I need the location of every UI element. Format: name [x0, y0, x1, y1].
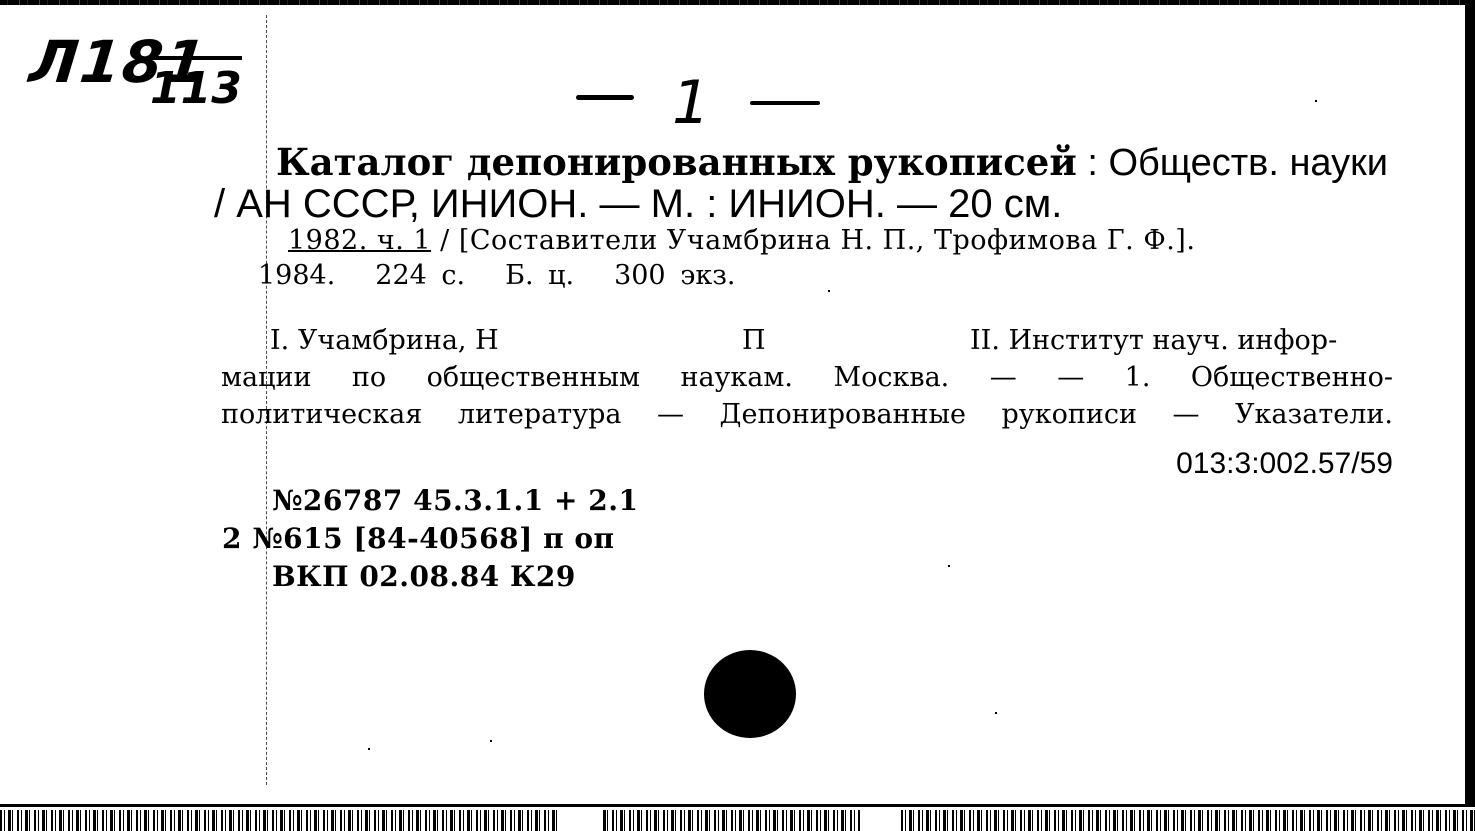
- card-number-dash-left: [576, 95, 634, 100]
- tech-line-1: №26787 45.3.1.1 + 2.1: [272, 482, 638, 520]
- compilers: / [Составители Учамбрина Н. П., Трофимов…: [431, 225, 1195, 256]
- note-line-3: политическая литература — Депонированные…: [221, 396, 1393, 433]
- bottom-edge-pattern: [0, 810, 1475, 831]
- note-author-initial: П: [742, 322, 766, 359]
- card-number-dash-right: [750, 101, 820, 105]
- pages: 224 с.: [375, 260, 465, 291]
- tech-line-3: ВКП 02.08.84 К29: [272, 558, 576, 596]
- bottom-border-line: [0, 804, 1475, 807]
- strip-gap: [860, 810, 900, 831]
- note-line-2: мации по общественным наукам. Москва. — …: [221, 359, 1393, 396]
- tech-line-2: 2 №615 [84-40568] п оп: [222, 520, 615, 558]
- speck: [368, 748, 370, 750]
- price: Б. ц.: [505, 260, 574, 291]
- title-line: Каталог депонированных рукописей : Общес…: [276, 140, 1388, 185]
- speck: [948, 565, 950, 567]
- speck: [995, 712, 997, 714]
- note-author-1: I. Учамбрина, Н: [270, 322, 499, 359]
- speck: [490, 740, 492, 742]
- card-right-border: [1465, 0, 1475, 806]
- card-top-border: [0, 0, 1475, 5]
- note-institute: II. Институт науч. инфор-: [970, 322, 1337, 359]
- card-bottom-strip: [0, 804, 1475, 831]
- pub-year: 1984.: [258, 260, 335, 291]
- classification-code: 013:3:002.57/59: [1176, 447, 1393, 481]
- card-number: 1: [672, 68, 710, 138]
- speck: [1315, 100, 1317, 102]
- catalog-card: Л181 113 1 Каталог депонированных рукопи…: [0, 0, 1475, 831]
- title-bold: Каталог депонированных рукописей: [276, 140, 1077, 184]
- publication-line: 1984.224 с.Б. ц.300 экз.: [258, 260, 776, 291]
- print-run: 300 экз.: [614, 260, 735, 291]
- volume-line: 1982. ч. 1 / [Составители Учамбрина Н. П…: [288, 225, 1195, 256]
- title-rest: : Обществ. науки: [1077, 142, 1388, 184]
- speck: [828, 290, 830, 292]
- punch-hole: [704, 650, 796, 738]
- shelfmark-sub: 113: [150, 56, 242, 118]
- author-line: / АН СССР, ИНИОН. — М. : ИНИОН. — 20 см.: [214, 182, 1062, 227]
- volume: 1982. ч. 1: [288, 225, 431, 256]
- strip-gap: [560, 810, 600, 831]
